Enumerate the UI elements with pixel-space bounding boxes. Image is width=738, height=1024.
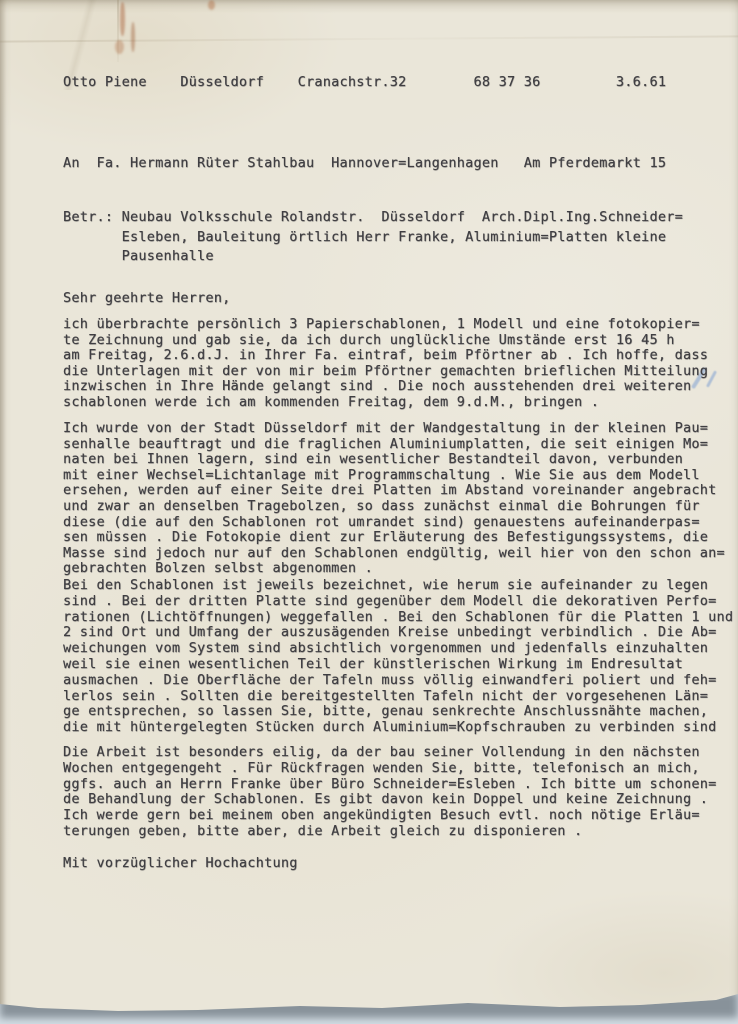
paper-crease [0,35,738,42]
rust-stain [131,22,135,52]
closing-line: Mit vorzüglicher Hochachtung [63,855,298,871]
letter-paragraph: Die Arbeit ist besonders eilig, da der b… [63,745,716,840]
subject-block: Betr.: Neubau Volksschule Rolandstr. Düs… [63,208,683,267]
scanned-letter: Otto Piene Düsseldorf Cranachstr.32 68 3… [0,0,738,1024]
letter-paragraph: Ich wurde von der Stadt Düsseldorf mit d… [63,421,725,577]
rust-stain [208,0,215,10]
paper-sheet: Otto Piene Düsseldorf Cranachstr.32 68 3… [0,0,738,1014]
recipient-line: An Fa. Hermann Rüter Stahlbau Hannover=L… [63,155,666,171]
rust-stain [115,40,124,54]
letter-paragraph: Bei den Schablonen ist jeweils bezeichne… [63,578,733,736]
salutation: Sehr geehrte Herren, [63,290,231,306]
sender-header-line: Otto Piene Düsseldorf Cranachstr.32 68 3… [63,74,666,90]
rust-stain [120,2,125,36]
letter-paragraph: ich überbrachte persönlich 3 Papierschab… [63,317,708,411]
